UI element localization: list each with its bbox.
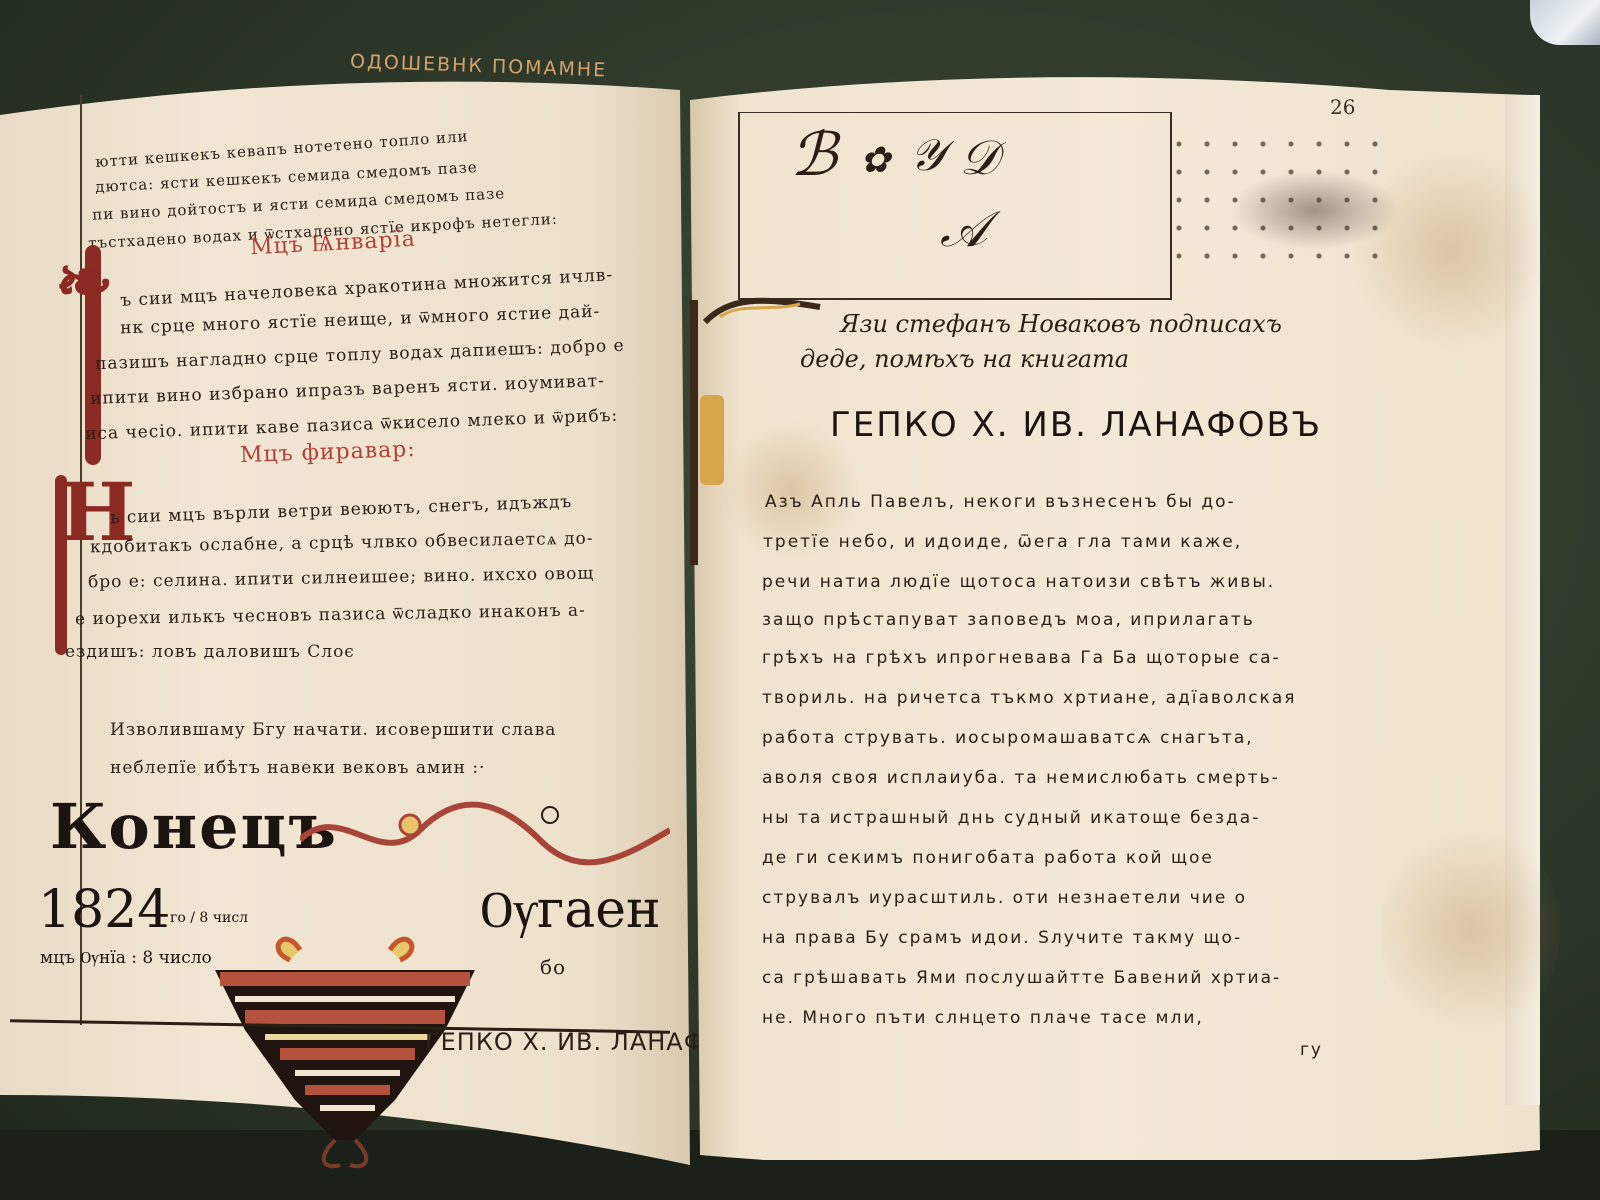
- body-line: третїе небо, и идоиде, ѿега гла тами каж…: [763, 532, 1242, 552]
- body-line: грѣхъ на грѣхъ ипрогневава Га Ба щоторые…: [762, 648, 1281, 668]
- body-line: струвалъ иурасштиль. оти незнаетели чие …: [762, 888, 1247, 908]
- ms-line: ездишъ: ловъ даловишъ Слоє: [65, 642, 355, 662]
- sketch-letter: 𝒟: [960, 130, 998, 187]
- body-line: ны та истрашный днь судный икатоще безда…: [762, 808, 1260, 828]
- plastic-wrapper: [1530, 0, 1600, 45]
- body-line: речи натиа людїе щотоса натоизи свѣтъ жи…: [762, 572, 1275, 592]
- body-line: защо прѣстапуват заповедъ моа, иприлагат…: [762, 610, 1255, 630]
- author-suffix: бо: [540, 955, 566, 979]
- decorated-initial: ❧: [55, 240, 114, 323]
- closing-line: Изволившаму Бгу начати. исовершити слава: [110, 720, 556, 740]
- closing-line: неблепїе ибѣтъ навеки вековъ амин :·: [110, 758, 485, 778]
- floral-flourish: [300, 800, 670, 870]
- sketch-figure: ℬ: [790, 120, 837, 190]
- initial-gold-fill: [700, 395, 724, 485]
- body-line: на права Бу срамъ идои. Ѕлучите такму що…: [762, 928, 1242, 948]
- sketch-letter: 𝒴: [910, 130, 945, 181]
- page-number: 26: [1330, 95, 1355, 119]
- day-fraction: го / 8 числ: [170, 910, 248, 926]
- page-title: ГЕПКО Х. ИВ. ЛАНАФОВЪ: [830, 405, 1322, 445]
- body-line: де ги секимъ понигобата работа кой щое: [762, 848, 1214, 868]
- body-line: Азъ Апль Павелъ, некоги възнесенъ бы до-: [765, 492, 1236, 512]
- body-line: твориль. на ричетса тъкмо хртиане, адїав…: [762, 688, 1296, 708]
- colophon-title: Конецъ: [50, 790, 338, 863]
- paper-stain: [1380, 820, 1560, 1040]
- sketch-letter: 𝒜: [940, 200, 987, 259]
- signature-script-line: деде, помѣхъ на книгата: [800, 345, 1129, 373]
- initial-knotwork-arm: [700, 292, 830, 332]
- catchword: гу: [1300, 1040, 1323, 1060]
- body-line: са грѣшавать Ями послушайтте Бавений хрт…: [762, 968, 1281, 988]
- year: 1824: [38, 880, 170, 940]
- author-word: Ѹгаен: [480, 880, 661, 940]
- dirt-smudge: [1230, 170, 1400, 250]
- body-line: аволя своя исплаиуба. та немислюбать сме…: [762, 768, 1280, 788]
- signature-script-line: Язи стефанъ Новаковъ подписахъ: [840, 310, 1282, 338]
- body-line: работа струвать. иосыромашаватсѧ снагъта…: [762, 728, 1254, 748]
- month-line: мцъ Ѹнїа : 8 число: [40, 948, 212, 968]
- sketch-star: ✿: [860, 140, 890, 181]
- signature-left: ГЕПКО Х. ИВ. ЛАНАФ: [425, 1028, 705, 1056]
- body-line: не. Много пъти слнцето плаче тасе мли,: [762, 1008, 1204, 1028]
